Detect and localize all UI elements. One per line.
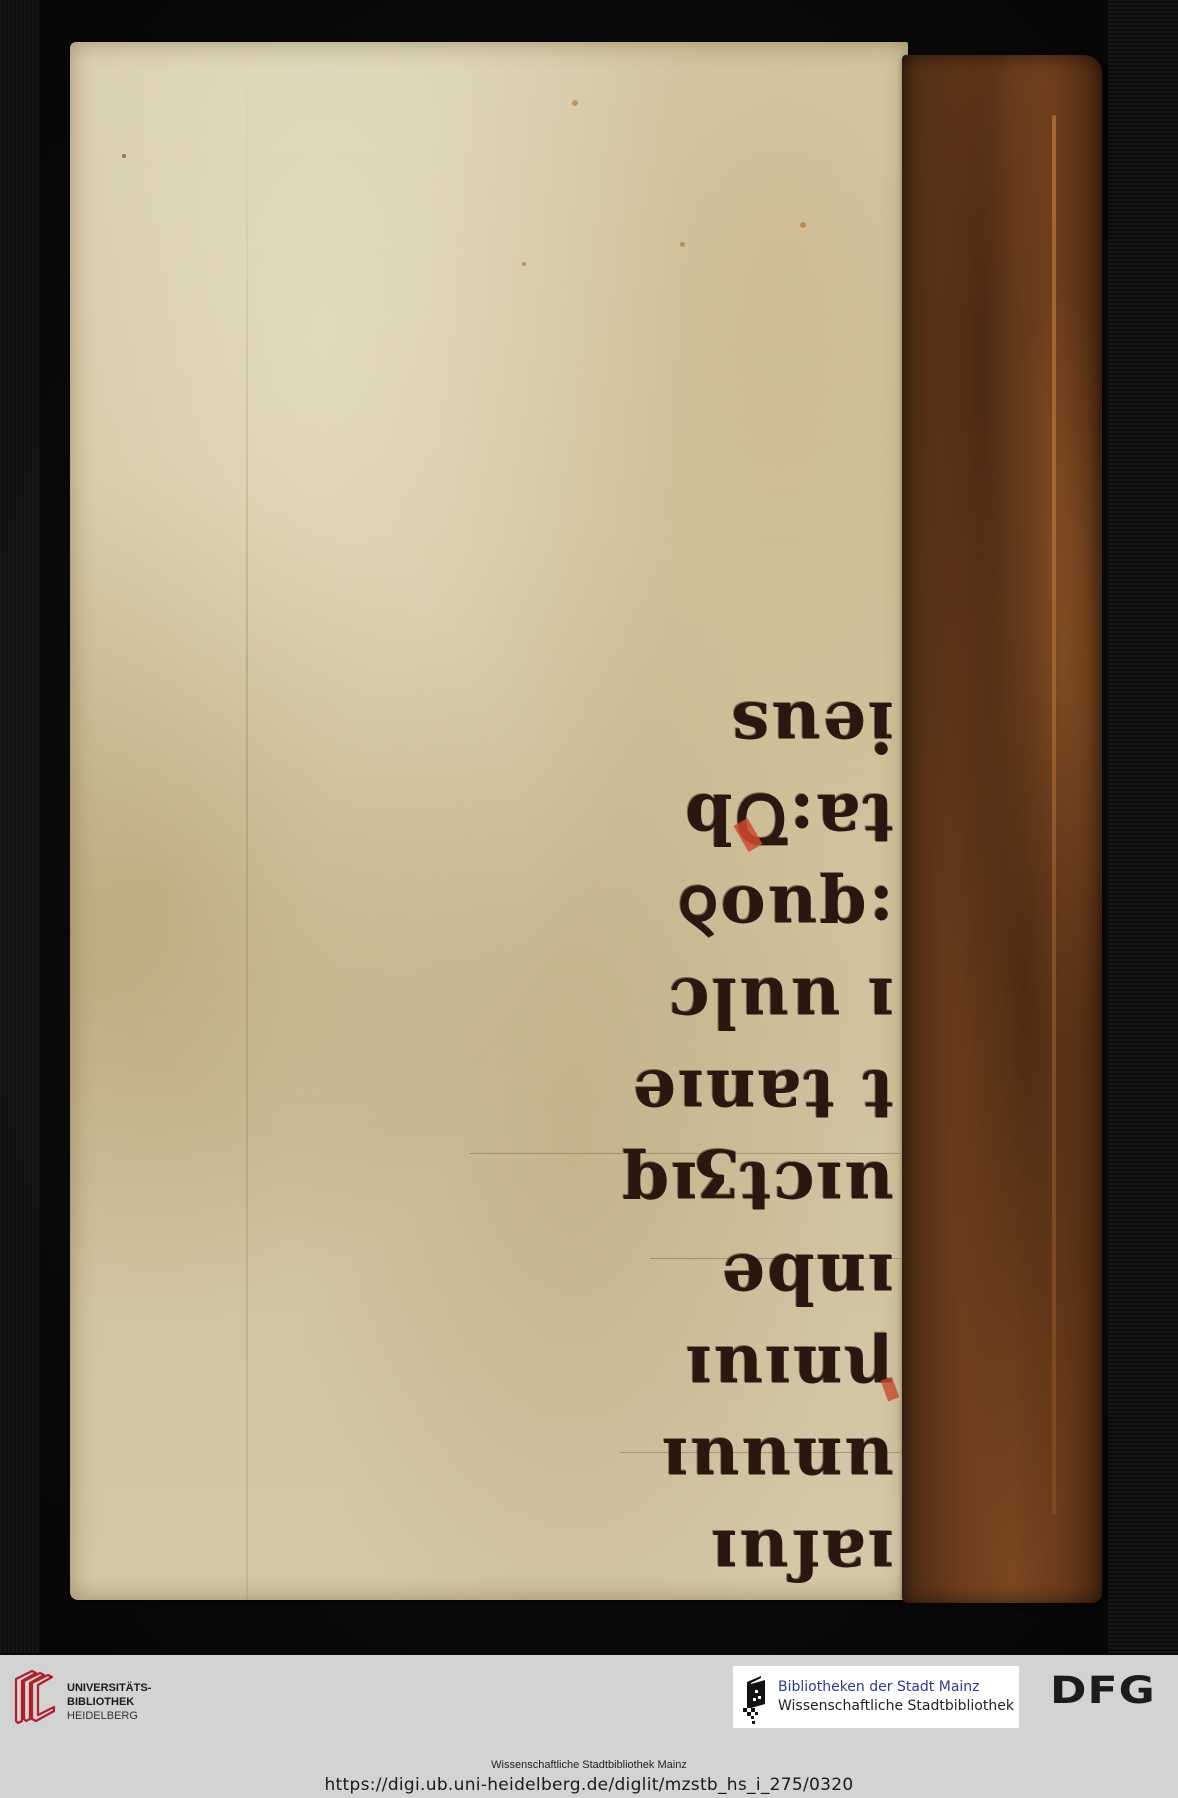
footer-bar: UNIVERSITÄTS- BIBLIOTHEK HEIDELBERG Bibl… [0,1655,1178,1798]
stain [572,100,578,106]
logo-line-2: BIBLIOTHEK [67,1695,151,1709]
leather-spine [902,55,1102,1603]
book-stack-icon [12,1665,62,1729]
dfg-logo[interactable]: DFG [1050,1669,1156,1712]
cloth-background-left [0,0,40,1653]
manuscript-line: ınbe [560,1232,900,1324]
parchment-fold-line [246,42,248,1600]
book-pixel-icon [741,1674,771,1724]
manuscript-line: :quoꝺ [560,864,900,956]
logo-line-1: UNIVERSITÄTS- [67,1681,151,1695]
heidelberg-logo-text: UNIVERSITÄTS- BIBLIOTHEK HEIDELBERG [67,1681,151,1723]
mainz-logo-line-2: Wissenschaftliche Stadtbibliothek [778,1698,1014,1714]
stain [122,154,126,158]
mainz-logo-line-1: Bibliotheken der Stadt Mainz [778,1679,980,1695]
manuscript-fragment-upside-down: ıaſuı unuuı ꞃnıuı ınbe uıctʒıq t tanıe ı… [560,680,900,1600]
permalink-url[interactable]: https://digi.ub.uni-heidelberg.de/diglit… [0,1775,1178,1795]
manuscript-line: ıaſuı [560,1508,900,1600]
cloth-background-right [1108,0,1178,1653]
logo-line-3: HEIDELBERG [67,1709,151,1723]
manuscript-line: unuuı [560,1416,900,1508]
manuscript-line: ta:Ꝺb [560,772,900,864]
scan-image: ıaſuı unuuı ꞃnıuı ınbe uıctʒıq t tanıe ı… [0,0,1178,1653]
manuscript-line: ꞃnıuı [560,1324,900,1416]
stain [522,262,526,266]
spine-highlight [1052,115,1056,1515]
manuscript-line: t tanıe [560,1048,900,1140]
manuscript-line: ı uulc [560,956,900,1048]
stain [680,242,685,247]
heidelberg-university-library-logo[interactable]: UNIVERSITÄTS- BIBLIOTHEK HEIDELBERG [12,1665,172,1729]
manuscript-line: ieus [560,680,900,772]
mainz-library-logo[interactable]: Bibliotheken der Stadt Mainz Wissenschaf… [733,1666,1019,1728]
manuscript-line: uıctʒıq [560,1140,900,1232]
stain [800,222,806,228]
credit-text: Wissenschaftliche Stadtbibliothek Mainz [0,1759,1178,1771]
